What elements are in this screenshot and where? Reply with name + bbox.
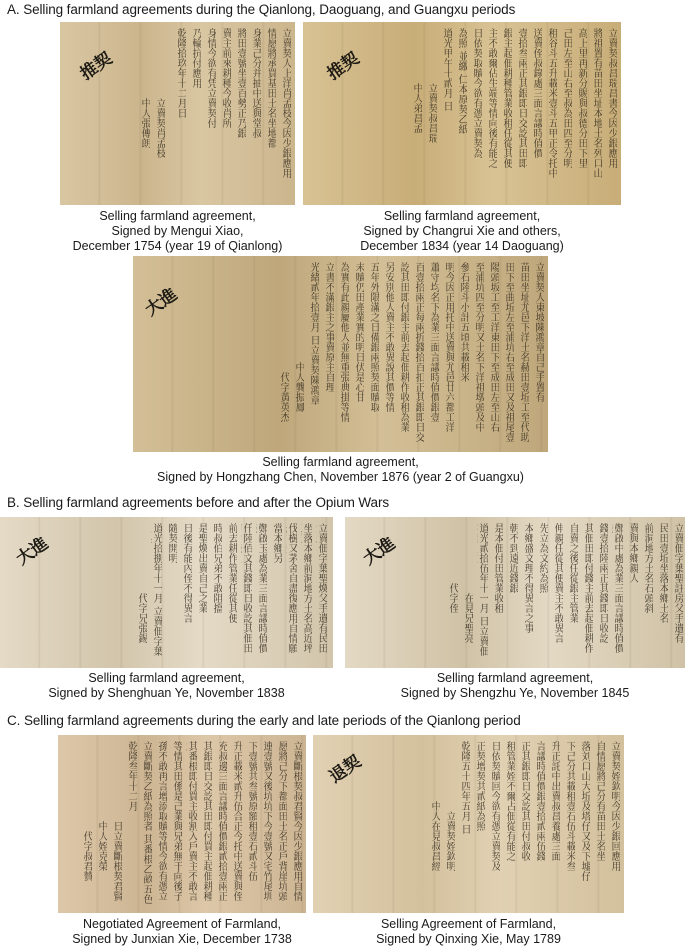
section-c-title: C. Selling farmland agreements during th… (7, 713, 521, 728)
caption-c1: Negotiated Agreement of Farmland, Signed… (58, 917, 306, 947)
seal-mark: 大進 (139, 281, 181, 321)
document-image-c2: 退契 立賣契姪欽明今因少銀回應用 自情愿將己分有苗田土名坐 落刘口山大坵及塔仔又… (313, 735, 624, 913)
document-text-columns: 立賣契叔昌瑞昌書今因少銀應用 將祖置有苗田坐址本地土名列口山 高上里再新分賜與叔… (411, 28, 617, 199)
document-text-columns: 立賣契姪欽明今因少銀回應用 自情愿將己分有苗田土名坐 落刘口山大坵及塔仔又及下墟… (429, 741, 620, 907)
document-image-b2: 大進 立賣佃字葉聖註房父手遺有 民田壹坵坐落本鄉土名 前洞地方土名石頭斜 賣與本… (345, 517, 685, 668)
seal-mark: 大進 (357, 530, 399, 570)
seal-mark: 大進 (10, 530, 52, 570)
caption-a3: Selling farmland agreement, Signed by Ho… (133, 455, 548, 485)
document-text-columns: 立賣契人上洋肖孟枝今因少銀應用 情愿將承買基田土名坐地都 身業己分并抽中送與堂叔… (139, 28, 291, 199)
document-image-a1: 推契 立賣契人上洋肖孟枝今因少銀應用 情愿將承買基田土名坐地都 身業己分并抽中送… (60, 22, 295, 205)
document-text-columns: 立賣契人東坡陳鴻章自己手置有 苗田坐址尤邑下洋土名赫田壹坵工至代助 田下至曲坵左… (278, 262, 544, 446)
document-text-columns: 立賣斷根契叔君賢今因少銀應用自情 愿將己分下都面田土名正戶背崖坑頭 連壹號又後坑… (81, 741, 302, 907)
caption-b1: Selling farmland agreement, Signed by Sh… (0, 671, 333, 701)
document-image-a2: 推契 立賣契叔昌瑞昌書今因少銀應用 將祖置有苗田坐址本地土名列口山 高上里再新分… (303, 22, 621, 205)
seal-mark: 推契 (74, 45, 116, 85)
caption-a2: Selling farmland agreement, Signed by Ch… (303, 209, 621, 254)
document-image-a3: 大進 立賣契人東坡陳鴻章自己手置有 苗田坐址尤邑下洋土名赫田壹坵工至代助 田下至… (133, 256, 548, 452)
caption-b2: Selling farmland agreement, Signed by Sh… (345, 671, 685, 701)
seal-mark: 推契 (321, 45, 363, 85)
section-a-title: A. Selling farmland agreements during th… (7, 2, 515, 17)
seal-mark: 退契 (323, 748, 365, 788)
caption-c2: Selling Agreement of Farmland, Signed by… (313, 917, 624, 947)
document-text-columns: 立賣佃字葉聖註房父手遺有 民田壹坵坐落本鄉土名 前洞地方土名石頭斜 賣與本鄉親人… (447, 523, 683, 662)
document-image-b1: 大進 立賣佃字葉聖煥父手遺有民田壹坵 坐落本鄉前洞地方土名高近坪江頭 伐樹又茅舍… (0, 517, 333, 668)
section-b-title: B. Selling farmland agreements before an… (7, 495, 389, 510)
caption-a1: Selling farmland agreement, Signed by Me… (60, 209, 295, 254)
document-image-c1: 立賣斷根契叔君賢今因少銀應用自情 愿將己分下都面田土名正戶背崖坑頭 連壹號又後坑… (58, 735, 306, 913)
document-text-columns: 立賣佃字葉聖煥父手遺有民田壹坵 坐落本鄉前洞地方土名高近坪江頭 伐樹又茅舍自盡復… (136, 523, 327, 662)
